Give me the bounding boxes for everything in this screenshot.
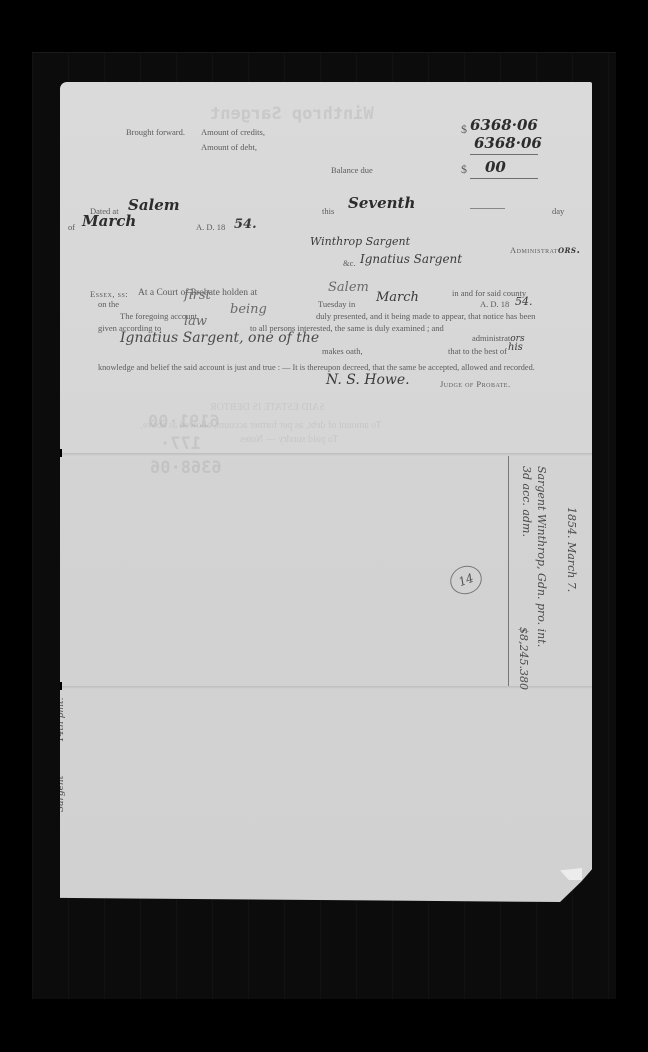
brought-forward-label: Brought forward. <box>126 127 185 137</box>
balance-dollar-sign: $ <box>461 162 467 177</box>
administrators-label-printed: Administrat <box>510 245 558 255</box>
administrators-label-suffix: ors. <box>558 245 580 256</box>
on-the-label: on the <box>98 299 119 309</box>
best-of-text: that to the best of <box>448 346 507 356</box>
bleed-through-figures-2: 177· <box>160 434 201 454</box>
dated-month: March <box>82 212 136 230</box>
sworn-name: Ignatius Sargent, one of the <box>120 330 319 346</box>
probate-year-suffix: 54. <box>515 295 533 308</box>
bleed-through-line-2: To paid sundry — Notes <box>240 434 338 445</box>
docket-line-3: 3d acc. adm. <box>520 466 533 537</box>
balance-rule <box>470 178 538 179</box>
bleed-through-heading: SAID ESTATE IS DEBTOR <box>210 402 325 413</box>
balance-due-label: Balance due <box>331 165 373 175</box>
tuesday-label: Tuesday in <box>318 299 355 309</box>
amount-of-debt-label: Amount of debt, <box>201 142 257 152</box>
bleed-through-figures-3: 6368·06 <box>150 458 222 478</box>
ad-label: A. D. 18 <box>196 222 225 232</box>
makes-oath-text: makes oath, <box>322 346 363 356</box>
balance-amount: 00 <box>485 158 506 176</box>
dated-year-suffix: 54. <box>234 217 257 232</box>
fold-line-upper <box>60 453 592 456</box>
signature-administrator-1: Winthrop Sargent <box>310 235 410 248</box>
credits-amount: 6368·06 <box>470 116 538 134</box>
signature-administrator-2: Ignatius Sargent <box>360 252 462 266</box>
court-place: Salem <box>328 280 369 295</box>
docket-line-2: Sargent Winthrop, Gdn. pro. int. <box>535 466 548 647</box>
debt-amount: 6368·06 <box>474 134 542 152</box>
presented-text: duly presented, and it being made to app… <box>316 311 535 321</box>
pronoun: his <box>508 342 523 353</box>
document-page: Winthrop Sargent SAID ESTATE IS DEBTOR T… <box>60 82 592 902</box>
being-word: being <box>230 302 267 317</box>
judge-signature: N. S. Howe. <box>326 372 410 388</box>
administrators-label: Administrators. <box>510 245 580 256</box>
probate-ad-label: A. D. 18 <box>480 299 509 309</box>
this-label: this <box>322 206 334 216</box>
fold-line-lower <box>60 686 592 689</box>
credits-dollar-sign: $ <box>461 122 467 137</box>
administrators-label-2-printed: administrat <box>472 333 510 343</box>
amount-of-credits-label: Amount of credits, <box>201 127 265 137</box>
docket-amount: $8,245.380 <box>517 627 530 690</box>
docket-rule <box>508 456 509 686</box>
docket-line-1: 1854. March 7. <box>565 507 578 592</box>
law-word: law <box>184 314 207 329</box>
probate-month: March <box>376 290 419 305</box>
judge-label: Judge of Probate. <box>440 379 511 389</box>
day-label: day <box>552 206 564 216</box>
probate-day: first <box>184 288 211 303</box>
of-label: of <box>68 222 75 232</box>
docket-number-stamp: 14 <box>446 561 486 598</box>
knowledge-text: knowledge and belief the said account is… <box>98 363 535 372</box>
dated-day: Seventh <box>348 194 415 212</box>
county-label: Essex, ss: <box>90 289 128 299</box>
administrator-prefix: &c. <box>343 258 356 268</box>
day-rule <box>470 208 505 209</box>
bleed-through-heading-top: Winthrop Sargent <box>210 104 374 124</box>
sum-rule <box>470 154 538 155</box>
bleed-through-figures-1: 6191·00 <box>148 412 220 432</box>
